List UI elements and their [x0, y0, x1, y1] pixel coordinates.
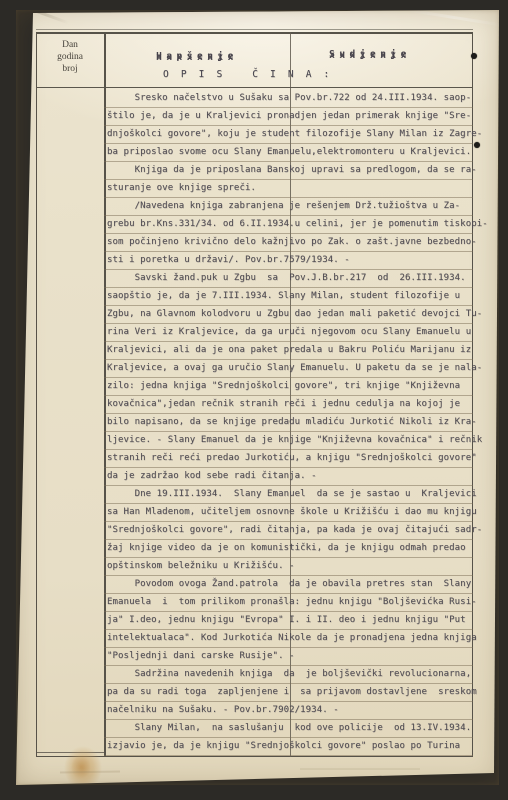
- typed-line-row: Savski žand.puk u Zgbu sa Pov.J.B.br.217…: [104, 270, 473, 288]
- paper-stain: [64, 746, 102, 790]
- typed-line: Emanuela i tom prilikom pronašla: jednu …: [104, 594, 473, 611]
- header-crossed-arrest-column: Hapšenje xxxxxxxx: [104, 51, 290, 62]
- ink-dot: [471, 53, 477, 59]
- typed-line-row: Dne 19.III.1934. Slany Emanuel da se je …: [104, 486, 473, 504]
- typed-line: Kraljevici, ali da je ona paket predala …: [104, 342, 473, 359]
- typed-line: Knjiga da je priposlana Banskoj upravi s…: [104, 162, 473, 179]
- typed-line: da je zadržao kod sebe radi čitanja. -: [104, 468, 473, 485]
- header-bottom-rule: [36, 87, 473, 88]
- typed-line-row: ljevice. - Slany Emanuel da je knjige "K…: [104, 432, 473, 450]
- typed-line: "Srednjoškolci govore", radi čitanja, pa…: [104, 522, 473, 539]
- typed-line: "Posljednji dani carske Rusije". -: [104, 648, 473, 665]
- typed-line-row: opštinskom beležniku u Križišću. -: [104, 558, 473, 576]
- typed-line: Dne 19.III.1934. Slany Emanuel da se je …: [104, 486, 473, 503]
- strike-x-overlay: xxxxxxxx: [156, 52, 238, 63]
- typed-line-row: Emanuela i tom prilikom pronašla: jednu …: [104, 594, 473, 612]
- typed-line-row: Sresko načelstvo u Sušaku sa Pov.br.722 …: [104, 90, 473, 108]
- typed-line-row: da je zadržao kod sebe radi čitanja. -: [104, 468, 473, 486]
- header-number-label: broj: [36, 63, 104, 75]
- typed-line: saopštio je, da je 7.III.1934. Slany Mil…: [104, 288, 473, 305]
- typed-line-row: intelektualaca". Kod Jurkotića Nikole da…: [104, 630, 473, 648]
- typed-line-row: Knjiga da je priposlana Banskoj upravi s…: [104, 162, 473, 180]
- typed-line: /Navedena knjiga zabranjena je rešenjem …: [104, 198, 473, 215]
- typed-line: ja" I.deo, jednu knjigu "Evropa" I. i II…: [104, 612, 473, 629]
- typed-line: izjavio je, da je knjigu "Srednjoškolci …: [104, 738, 473, 755]
- typed-line: stranih reči reći predao Jurkotiću, a kn…: [104, 450, 473, 467]
- typed-line: načelniku na Sušaku. - Pov.br.7902/1934.…: [104, 702, 473, 719]
- typed-line-row: "Srednjoškolci govore", radi čitanja, pa…: [104, 522, 473, 540]
- typed-line-row: Slany Milan, na saslušanju kod ove polic…: [104, 720, 473, 738]
- typed-line-row: sa Han Mladenom, učiteljem osnovne škole…: [104, 504, 473, 522]
- typed-line: sturanje ove knjige spreči.: [104, 180, 473, 197]
- typed-line-row: Kraljevice, a ovaj ga uručio Slany Emanu…: [104, 360, 473, 378]
- section-title: O P I S Č I N A :: [163, 69, 332, 80]
- header-year-label: godina: [36, 51, 104, 63]
- typed-line-row: "Posljednji dani carske Rusije". -: [104, 648, 473, 666]
- typed-line-row: pa da su radi toga zapljenjene i sa prij…: [104, 684, 473, 702]
- typed-line-row: Kraljevici, ali da je ona paket predala …: [104, 342, 473, 360]
- typed-line-row: Sadržina navedenih knjiga da je boljševi…: [104, 666, 473, 684]
- typed-line: pa da su radi toga zapljenjene i sa prij…: [104, 684, 473, 701]
- typed-line: Sadržina navedenih knjiga da je boljševi…: [104, 666, 473, 683]
- typed-line-row: sti i poretka u državi/. Pov.br.7579/193…: [104, 252, 473, 270]
- typed-line-row: izjavio je, da je knjigu "Srednjoškolci …: [104, 738, 473, 756]
- typed-line: sa Han Mladenom, učiteljem osnovne škole…: [104, 504, 473, 521]
- typed-line-row: načelniku na Sušaku. - Pov.br.7902/1934.…: [104, 702, 473, 720]
- document-paper: Dan godina broj Hapšenje xxxxxxxx Sudjen…: [0, 0, 508, 800]
- typed-line-row: som počinjeno krivično delo kažnjivo po …: [104, 234, 473, 252]
- paper-corner-shadow: [27, 7, 69, 25]
- paper-crease: [404, 8, 503, 27]
- typed-line: opštinskom beležniku u Križišću. -: [104, 558, 473, 575]
- typed-line-row: zilo: jedna knjiga "Srednjoškolci govore…: [104, 378, 473, 396]
- typed-line-row: Zgbu, na Glavnom kolodvoru u Zgbu dao je…: [104, 306, 473, 324]
- typed-line: rina Veri iz Kraljevice, da ga uruči nje…: [104, 324, 473, 341]
- strike-x-overlay: xxxxxxxx: [329, 50, 411, 61]
- ink-dot: [474, 142, 480, 148]
- typed-line: Povodom ovoga Žand.patrola da je obavila…: [104, 576, 473, 593]
- typed-line: sti i poretka u državi/. Pov.br.7579/193…: [104, 252, 473, 269]
- typed-line-row: grebu br.Kns.331/34. od 6.II.1934.u celi…: [104, 216, 473, 234]
- typed-line: Sresko načelstvo u Sušaku sa Pov.br.722 …: [104, 90, 473, 107]
- typed-line: bilo napisano, da se knjige predadu mlad…: [104, 414, 473, 431]
- typed-line-row: kovačnica",jedan rečnik stranih reči i j…: [104, 396, 473, 414]
- typed-line: som počinjeno krivično delo kažnjivo po …: [104, 234, 473, 251]
- pencil-smudge: [300, 768, 420, 770]
- table-top-line: [36, 29, 473, 30]
- header-day-label: Dan: [36, 39, 104, 51]
- typed-line-row: saopštio je, da je 7.III.1934. Slany Mil…: [104, 288, 473, 306]
- typed-line: intelektualaca". Kod Jurkotića Nikole da…: [104, 630, 473, 647]
- typed-line-row: /Navedena knjiga zabranjena je rešenjem …: [104, 198, 473, 216]
- typed-line: zilo: jedna knjiga "Srednjoškolci govore…: [104, 378, 473, 395]
- typed-line-row: ja" I.deo, jednu knjigu "Evropa" I. i II…: [104, 612, 473, 630]
- typed-line-row: štilo je, da je u Kraljevici pronadjen j…: [104, 108, 473, 126]
- typed-line-row: bilo napisano, da se knjige predadu mlad…: [104, 414, 473, 432]
- typed-line-row: žaj knjige video da je on komunistički, …: [104, 540, 473, 558]
- typed-line: Kraljevice, a ovaj ga uručio Slany Emanu…: [104, 360, 473, 377]
- typed-line: ba priposlao svome ocu Slany Emanuelu,el…: [104, 144, 473, 161]
- typed-line-row: Povodom ovoga Žand.patrola da je obavila…: [104, 576, 473, 594]
- typed-line: štilo je, da je u Kraljevici pronadjen j…: [104, 108, 473, 125]
- typed-line: žaj knjige video da je on komunistički, …: [104, 540, 473, 557]
- typed-text-area: Sresko načelstvo u Sušaku sa Pov.br.722 …: [104, 90, 473, 756]
- header-day-cell: Dan godina broj: [36, 39, 104, 75]
- header-crossed-trial-column: Sudjenje xxxxxxxx: [292, 49, 448, 60]
- stain-core: [71, 755, 91, 779]
- typed-line: kovačnica",jedan rečnik stranih reči i j…: [104, 396, 473, 413]
- typed-line: Zgbu, na Glavnom kolodvoru u Zgbu dao je…: [104, 306, 473, 323]
- typed-line-row: sturanje ove knjige spreči.: [104, 180, 473, 198]
- typed-line: grebu br.Kns.331/34. od 6.II.1934.u celi…: [104, 216, 473, 233]
- typed-line-row: dnjoškolci govore", koju je student filo…: [104, 126, 473, 144]
- typed-line: ljevice. - Slany Emanuel da je knjige "K…: [104, 432, 473, 449]
- typed-line-row: stranih reči reći predao Jurkotiću, a kn…: [104, 450, 473, 468]
- typed-line: Slany Milan, na saslušanju kod ove polic…: [104, 720, 473, 737]
- typed-line: Savski žand.puk u Zgbu sa Pov.J.B.br.217…: [104, 270, 473, 287]
- typed-line-row: rina Veri iz Kraljevice, da ga uruči nje…: [104, 324, 473, 342]
- typed-line: dnjoškolci govore", koju je student filo…: [104, 126, 473, 143]
- photo-backdrop: Dan godina broj Hapšenje xxxxxxxx Sudjen…: [0, 0, 508, 800]
- typed-line-row: ba priposlao svome ocu Slany Emanuelu,el…: [104, 144, 473, 162]
